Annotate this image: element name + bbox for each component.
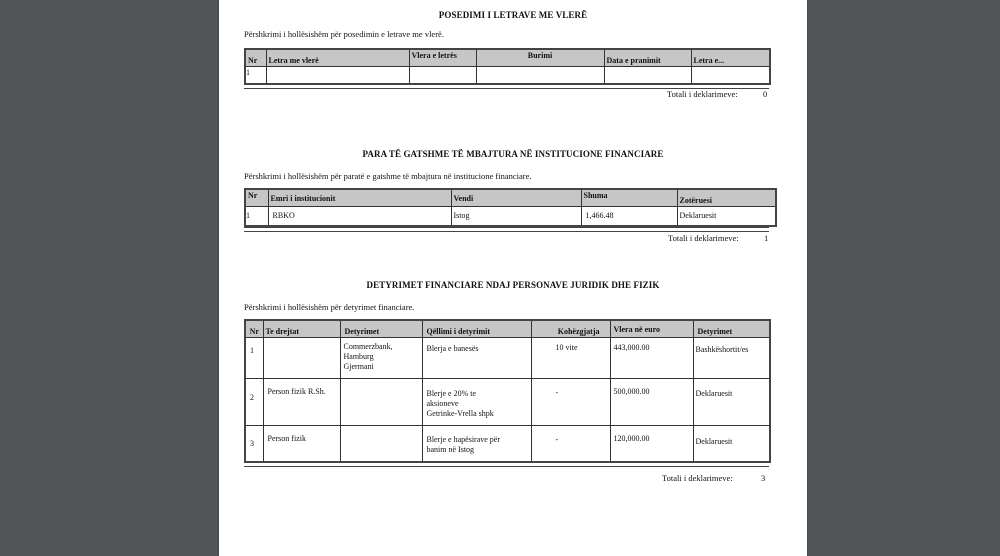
column-header: Vlera e letrës xyxy=(409,49,476,67)
total-declarations-securities: Totali i deklarimeve: 0 xyxy=(667,89,777,99)
cell-rights: Person fizik xyxy=(263,426,340,462)
table-footer-rule xyxy=(244,462,769,467)
table-row: 1 xyxy=(245,67,770,84)
cell xyxy=(409,67,476,84)
column-header: Nr xyxy=(245,49,266,67)
cell-creditor xyxy=(340,379,422,426)
cell-nr: 1 xyxy=(245,338,263,379)
cell-line: banim në Istog xyxy=(427,445,529,455)
table-footer-rule xyxy=(244,227,769,232)
column-header: Zotëruesi xyxy=(677,189,776,207)
cell-line: Hamburg xyxy=(344,352,420,362)
total-label: Totali i deklarimeve: xyxy=(668,233,739,243)
cell-line: Getrinke-Vrella shpk xyxy=(427,409,529,419)
cell-line: Blerje e 20% te xyxy=(427,389,529,399)
cell-rights: Person fizik R.Sh. xyxy=(263,379,340,426)
cell-institution: RBKO xyxy=(268,207,451,226)
cell-nr: 1 xyxy=(245,67,266,84)
cell-nr: 1 xyxy=(245,207,268,226)
section-title-securities: POSEDIMI I LETRAVE ME VLERË xyxy=(219,10,807,20)
cell-nr: 3 xyxy=(245,426,263,462)
total-declarations-cash: Totali i deklarimeve: 1 xyxy=(668,233,778,243)
cash-table: Nr Emri i institucionit Vendi Shuma Zotë… xyxy=(244,188,777,227)
table-row: 3 Person fizik Blerje e hapësirave për b… xyxy=(245,426,770,462)
column-header: Qëllimi i detyrimit xyxy=(422,320,531,338)
column-header: Detyrimet xyxy=(340,320,422,338)
total-label: Totali i deklarimeve: xyxy=(667,89,738,99)
cell-rights xyxy=(263,338,340,379)
total-value: 1 xyxy=(764,233,768,243)
column-header: Emri i institucionit xyxy=(268,189,451,207)
cell-value: 500,000.00 xyxy=(610,379,693,426)
liabilities-table: Nr Te drejtat Detyrimet Qëllimi i detyri… xyxy=(244,319,771,463)
total-declarations-liabilities: Totali i deklarimeve: 3 xyxy=(662,473,772,483)
column-header: Letra me vlerë xyxy=(266,49,409,67)
column-header: Nr xyxy=(245,189,268,207)
total-label: Totali i deklarimeve: xyxy=(662,473,733,483)
section-description-liabilities: Përshkrimi i hollësishëm për detyrimet f… xyxy=(244,302,414,312)
cell-creditor xyxy=(340,426,422,462)
cell xyxy=(476,67,604,84)
table-header-row: Nr Te drejtat Detyrimet Qëllimi i detyri… xyxy=(245,320,770,338)
cell xyxy=(266,67,409,84)
cell-line: Blerje e hapësirave për xyxy=(427,435,529,445)
section-title-cash: PARA TË GATSHME TË MBAJTURA NË INSTITUCI… xyxy=(219,149,807,159)
cell-location: Istog xyxy=(451,207,581,226)
section-description-cash: Përshkrimi i hollësishëm për paratë e ga… xyxy=(244,171,532,181)
column-header: Data e pranimit xyxy=(604,49,691,67)
cell-purpose: Blerje e hapësirave për banim në Istog xyxy=(422,426,531,462)
section-description-securities: Përshkrimi i hollësishëm për posedimin e… xyxy=(244,29,444,39)
table-header-row: Nr Letra me vlerë Vlera e letrës Burimi … xyxy=(245,49,770,67)
cell-duration: - xyxy=(531,379,610,426)
cell-liable: Bashkëshortit/es xyxy=(693,338,770,379)
securities-table: Nr Letra me vlerë Vlera e letrës Burimi … xyxy=(244,48,771,85)
column-header: Vlera në euro xyxy=(610,320,693,338)
cell-value: 120,000.00 xyxy=(610,426,693,462)
document-page: POSEDIMI I LETRAVE ME VLERË Përshkrimi i… xyxy=(219,0,807,556)
total-value: 3 xyxy=(761,473,765,483)
cell-duration: - xyxy=(531,426,610,462)
cell-duration: 10 vite xyxy=(531,338,610,379)
column-header: Detyrimet xyxy=(693,320,770,338)
cell-nr: 2 xyxy=(245,379,263,426)
cell-liable: Deklaruesit xyxy=(693,426,770,462)
cell xyxy=(604,67,691,84)
column-header: Nr xyxy=(245,320,263,338)
table-row: 1 Commerzbank, Hamburg Gjermani Blerja e… xyxy=(245,338,770,379)
column-header: Vendi xyxy=(451,189,581,207)
total-value: 0 xyxy=(763,89,767,99)
cell-owner: Deklaruesit xyxy=(677,207,776,226)
cell-value: 443,000.00 xyxy=(610,338,693,379)
cell-amount: 1,466.48 xyxy=(581,207,677,226)
column-header: Kohëzgjatja xyxy=(531,320,610,338)
column-header: Shuma xyxy=(581,189,677,207)
column-header: Letra e... xyxy=(691,49,770,67)
cell-creditor: Commerzbank, Hamburg Gjermani xyxy=(340,338,422,379)
cell-line: Gjermani xyxy=(344,362,420,372)
table-header-row: Nr Emri i institucionit Vendi Shuma Zotë… xyxy=(245,189,776,207)
cell-liable: Deklaruesit xyxy=(693,379,770,426)
cell-line: aksioneve xyxy=(427,399,529,409)
cell-line: Commerzbank, xyxy=(344,342,420,352)
table-row: 2 Person fizik R.Sh. Blerje e 20% te aks… xyxy=(245,379,770,426)
column-header: Te drejtat xyxy=(263,320,340,338)
table-row: 1 RBKO Istog 1,466.48 Deklaruesit xyxy=(245,207,776,226)
cell-purpose: Blerja e banesës xyxy=(422,338,531,379)
section-title-liabilities: DETYRIMET FINANCIARE NDAJ PERSONAVE JURI… xyxy=(219,280,807,290)
cell-purpose: Blerje e 20% te aksioneve Getrinke-Vrell… xyxy=(422,379,531,426)
cell xyxy=(691,67,770,84)
column-header: Burimi xyxy=(476,49,604,67)
